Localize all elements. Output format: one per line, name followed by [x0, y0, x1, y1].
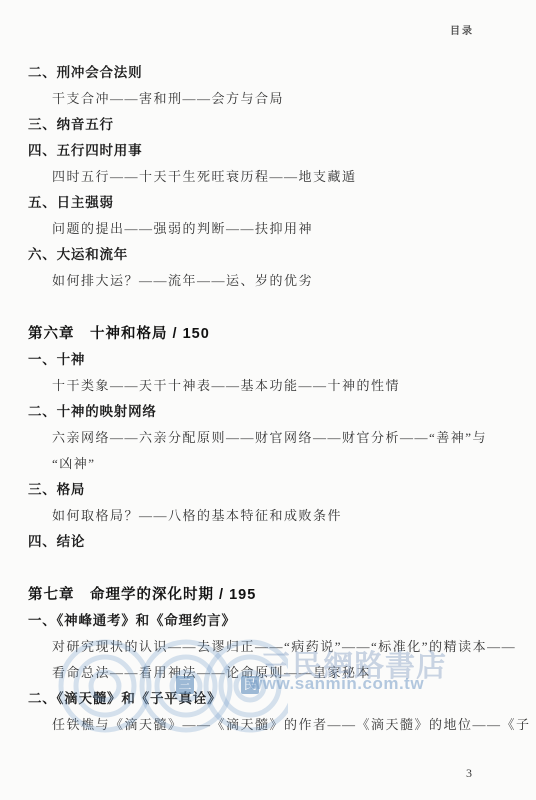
toc-page-header: 目录 [450, 22, 474, 37]
toc-item: 二、十神的映射网络 [28, 399, 520, 425]
toc-sub-item: 六亲网络——六亲分配原则——财官网络——财官分析——“善神”与 [28, 425, 520, 451]
toc-sub-item: “凶神” [28, 451, 520, 477]
page-number: 3 [466, 766, 472, 781]
chapter-heading: 第七章 命理学的深化时期 / 195 [28, 582, 520, 608]
toc-sub-item: 干支合冲——害和刑——会方与合局 [28, 86, 520, 112]
toc-sub-item: 对研究现状的认识——去谬归正——“病药说”——“标准化”的精读本—— [28, 634, 520, 660]
toc-sub-item: 四时五行——十天干生死旺衰历程——地支藏遁 [28, 164, 520, 190]
toc-item: 三、格局 [28, 477, 520, 503]
chapter-heading: 第六章 十神和格局 / 150 [28, 321, 520, 347]
toc-sub-item: 问题的提出——强弱的判断——扶抑用神 [28, 216, 520, 242]
toc-item: 一、《神峰通考》和《命理约言》 [28, 608, 520, 634]
toc-sub-item: 十干类象——天干十神表——基本功能——十神的性情 [28, 373, 520, 399]
toc-item: 一、十神 [28, 347, 520, 373]
toc-item: 四、五行四时用事 [28, 138, 520, 164]
toc-item: 六、大运和流年 [28, 242, 520, 268]
toc-item: 二、刑冲会合法则 [28, 60, 520, 86]
toc-sub-item: 看命总法——看用神法——论命原则——皇家秘本 [28, 660, 520, 686]
toc-item: 四、结论 [28, 529, 520, 555]
toc-sub-item: 如何取格局？——八格的基本特征和成败条件 [28, 503, 520, 529]
toc-sub-item: 如何排大运？——流年——运、岁的优劣 [28, 268, 520, 294]
toc-item: 五、日主强弱 [28, 190, 520, 216]
toc-item: 二、《滴天髓》和《子平真诠》 [28, 686, 520, 712]
toc-item: 三、纳音五行 [28, 112, 520, 138]
toc-sub-item: 任铁樵与《滴天髓》——《滴天髓》的作者——《滴天髓》的地位——《子 [28, 712, 520, 738]
toc-content: 二、刑冲会合法则 干支合冲——害和刑——会方与合局 三、纳音五行 四、五行四时用… [28, 60, 520, 738]
